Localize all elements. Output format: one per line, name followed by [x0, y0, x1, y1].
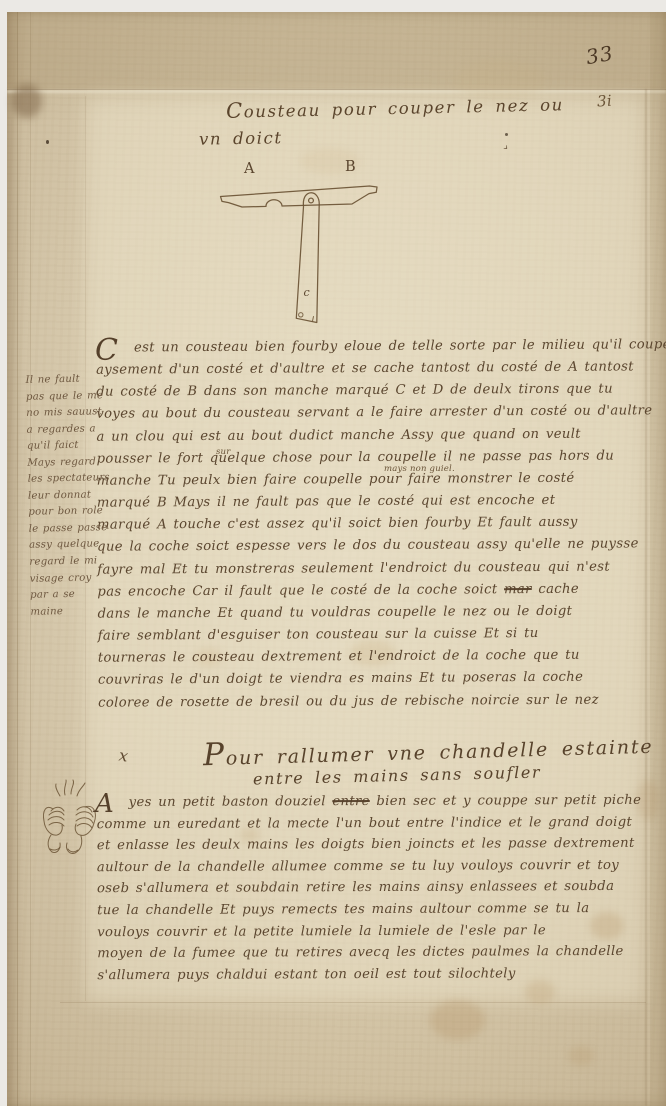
bottom-crease: [60, 1002, 646, 1003]
stain: [430, 1000, 485, 1040]
margin-line: les spectateurs: [27, 470, 103, 488]
manuscript-line: a un clou qui est au bout dudict manche …: [96, 423, 648, 449]
paragraph-knife-trick: est un cousteau bien fourby eloue de tel…: [96, 334, 650, 714]
manuscript-line-with-strikeout: pas encoche Car il fault que le costé de…: [97, 578, 649, 604]
ink-speck: [505, 133, 508, 136]
title-line-2: vn doict: [199, 128, 283, 148]
margin-line: pour bon role: [28, 504, 104, 522]
top-fold-band: [7, 12, 666, 90]
margin-note: Il ne fault pas que le me no mis sauust …: [25, 371, 106, 621]
manuscript-line: aultour de la chandelle allumee comme se…: [97, 855, 649, 879]
line-text: pas encoche Car il fault que le costé de…: [97, 582, 504, 599]
manuscript-line: et enlasse les deulx mains les doigts bi…: [97, 833, 649, 857]
stain: [568, 1046, 594, 1066]
right-edge-band: [650, 12, 666, 1106]
folio-number: 33: [584, 41, 615, 69]
manuscript-line: couvriras le d'un doigt te viendra es ma…: [98, 667, 650, 693]
margin-line: Il ne fault: [25, 371, 101, 389]
line-text: cache: [532, 581, 579, 596]
margin-line: visage croy: [30, 570, 106, 588]
margin-line: regard le mi: [29, 553, 105, 571]
manuscript-line: voyes au bout du cousteau servant a le f…: [96, 401, 648, 427]
manuscript-line-with-strikeout: yes un petit baston douziel entre bien s…: [97, 790, 649, 814]
manuscript-line: comme un euredant et la mecte l'un bout …: [97, 811, 649, 835]
struck-word: mar: [504, 582, 532, 597]
ink-speck: [46, 140, 49, 144]
margin-line: no mis sauust: [26, 404, 102, 422]
margin-line: par a se: [30, 586, 106, 604]
manuscript-line: coloree de rosette de bresil ou du jus d…: [98, 689, 650, 715]
line-text: bien sec et y couppe sur petit piche: [370, 793, 642, 809]
margin-line: le passe passe: [29, 520, 105, 538]
manuscript-line: moyen de la fumee que tu retires avecq l…: [97, 941, 649, 965]
manuscript-line: tue la chandelle Et puys remects tes mai…: [97, 898, 649, 922]
manuscript-line: dans le manche Et quand tu vouldras coup…: [97, 600, 649, 626]
paragraph-candle-trick: yes un petit baston douziel entre bien s…: [97, 790, 650, 987]
horizontal-crease: [7, 90, 666, 93]
manuscript-line: oseb s'allumera et soubdain retire les m…: [97, 876, 649, 900]
page-edge-line: [17, 12, 18, 1106]
margin-line: pas que le me: [26, 388, 102, 406]
line-text: yes un petit baston douziel: [129, 794, 333, 810]
margin-line: leur donnat: [28, 487, 104, 505]
manuscript-line: fayre mal Et tu monstreras seulement l'e…: [97, 556, 649, 582]
manuscript-line: pousser le fort quelque chose pour la co…: [97, 445, 649, 471]
margin-line: qu'il faict: [27, 437, 103, 455]
margin-line: a regardes a: [26, 421, 102, 439]
struck-word: entre: [332, 794, 370, 809]
manuscript-line: que la coche soict espesse vers le dos d…: [97, 534, 649, 560]
margin-line: assy quelque: [29, 537, 105, 555]
diagram-label-b: B: [345, 159, 356, 175]
margin-line: Mays regard: [27, 454, 103, 472]
margin-line: maine: [30, 603, 106, 621]
interlinear-note: sur: [216, 447, 231, 457]
manuscript-line: manche Tu peulx bien faire coupelle pour…: [97, 467, 649, 493]
diagram-label-c: c: [304, 286, 310, 299]
trick-knife-drawing: c: [200, 175, 400, 335]
manuscript-line: vouloys couvrir et la petite lumiele la …: [97, 919, 649, 943]
secondary-page-number: 3i: [596, 91, 612, 110]
stain: [12, 84, 42, 118]
manuscript-page: 33 3i Cousteau pour couper le nez ou vn …: [0, 0, 666, 1106]
manuscript-line: s'allumera puys chaldui estant ton oeil …: [97, 963, 649, 987]
interlinear-note: mays non guiel.: [384, 464, 455, 474]
